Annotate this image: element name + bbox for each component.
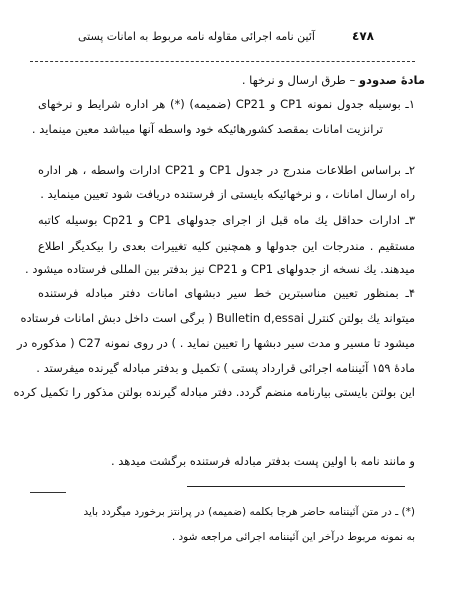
paragraph-4-line-1: ۴ـ بمنظور تعیین مناسبترین خط سیر دبشهای … — [38, 285, 415, 301]
paragraph-2-line-2: راه ارسال امانات ، و نرخهائیکه بایستی از… — [80, 186, 415, 202]
footnote-divider — [187, 486, 405, 487]
paragraph-3-line-3: میدهند. یك نسخه از جدولهای CP1 و CP21 نی… — [60, 261, 415, 277]
footnote-line-1: (*) ـ در متن آئیننامه حاضر هرجا بکلمه (ض… — [83, 505, 415, 519]
paragraph-4-line-6: و مانند نامه با اولین پست بدفتر مبادله ف… — [120, 453, 415, 469]
paragraph-1-line-2: ترانزیت امانات بمقصد کشورهائیکه خود واسط… — [80, 121, 383, 137]
heading-dash: – — [346, 73, 359, 87]
running-title: آئین نامه اجرائی مقاوله نامه مربوط به ام… — [78, 30, 315, 43]
article-heading: مادهٔ صدودو – طرق ارسال و نرخها . — [242, 73, 425, 87]
document-page: ٤٧٨ آئین نامه اجرائی مقاوله نامه مربوط ب… — [0, 0, 463, 599]
paragraph-1-line-1: ۱ـ بوسیله جدول نمونه CP1 و CP21 (ضمیمه) … — [38, 96, 415, 112]
footnote-line-2: به نمونه مربوط درآخر این آئیننامه اجرائی… — [172, 530, 415, 544]
page-number: ٤٧٨ — [352, 29, 374, 43]
paragraph-4-line-3: میشود تا مسیر و مدت سیر دبشها را تعیین ن… — [38, 335, 415, 351]
paragraph-3-line-1: ۳ـ ادارات حداقل یك ماه قبل از اجرای جدول… — [38, 212, 415, 228]
paragraph-2-line-1: ۲ـ براساس اطلاعات مندرج در جدول CP1 و CP… — [38, 162, 415, 178]
footnote-mark — [30, 492, 66, 493]
article-subject: طرق ارسال و نرخها . — [242, 73, 346, 87]
header-divider — [30, 61, 415, 62]
article-number: مادهٔ صدودو — [359, 73, 425, 87]
paragraph-3-line-2: مستقیم . مندرجات این جدولها و همچنین کلی… — [38, 238, 415, 254]
paragraph-4-line-4: مادهٔ ۱۵۹ آئیننامه اجرائی قرارداد پستی )… — [38, 360, 415, 376]
paragraph-4-line-5: این بولتن بایستی بیارنامه منضم گردد. دفت… — [38, 384, 415, 400]
paragraph-4-line-2: میتواند یك بولتن کنترل Bulletin d,essai … — [38, 310, 415, 326]
